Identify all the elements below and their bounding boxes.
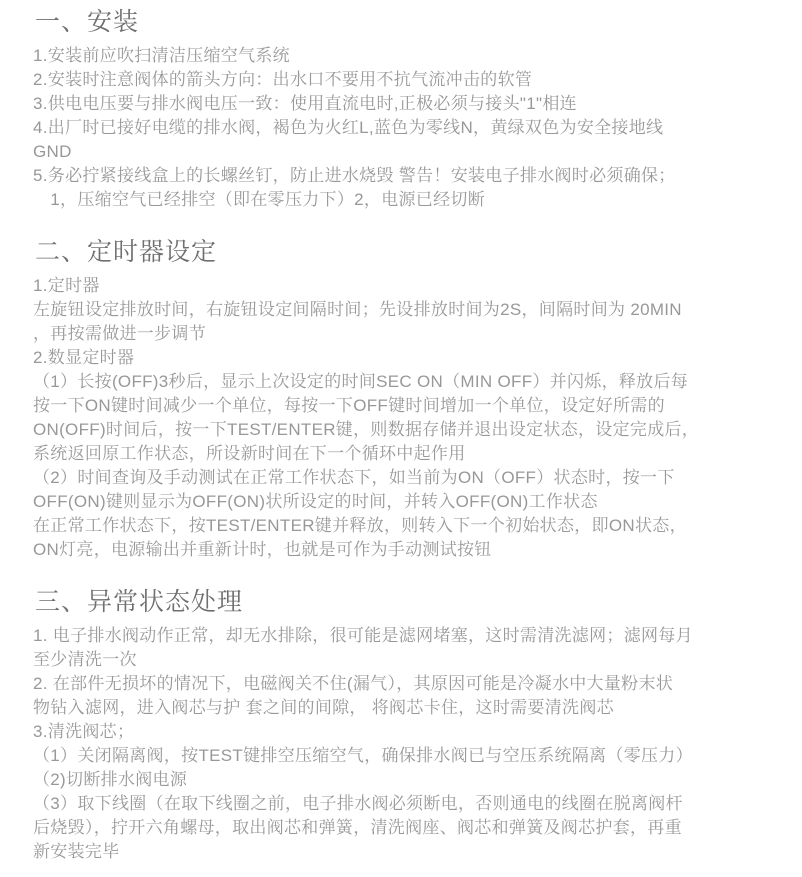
- text-line: 左旋钮设定排放时间，右旋钮设定间隔时间；先设排放时间为2S，间隔时间为 20MI…: [33, 298, 774, 322]
- section-heading: 三、异常状态处理: [35, 588, 774, 616]
- text-line: （1）关闭隔离阀，按TEST键排空压缩空气，确保排水阀已与空压系统隔离（零压力）: [33, 744, 774, 768]
- text-line: 4.出厂时已接好电缆的排水阀，褐色为火红L,蓝色为零线N，黄绿双色为安全接地线: [33, 116, 774, 140]
- text-line: 1.安装前应吹扫清洁压缩空气系统: [33, 44, 774, 68]
- section-heading: 二、定时器设定: [35, 238, 774, 266]
- text-line: 按一下ON键时间减少一个单位，每按一下OFF键时间增加一个单位，设定好所需的: [33, 394, 774, 418]
- text-line: GND: [33, 140, 774, 164]
- text-line: （2)切断排水阀电源: [33, 768, 774, 792]
- text-line: 2. 在部件无损坏的情况下，电磁阀关不住(漏气），其原因可能是冷凝水中大量粉末状: [33, 672, 774, 696]
- text-line: 1.定时器: [33, 274, 774, 298]
- section-timer-settings: 二、定时器设定 1.定时器 左旋钮设定排放时间，右旋钮设定间隔时间；先设排放时间…: [33, 238, 774, 562]
- section-abnormal-handling: 三、异常状态处理 1. 电子排水阀动作正常，却无水排除，很可能是滤网堵塞，这时需…: [33, 588, 774, 864]
- text-line: 至少清洗一次: [33, 648, 774, 672]
- text-line: ON(OFF)时间后，按一下TEST/ENTER键，则数据存储并退出设定状态，设…: [33, 418, 774, 442]
- text-line: OFF(ON)键则显示为OFF(ON)状所设定的时间，并转入OFF(ON)工作状…: [33, 490, 774, 514]
- text-line: 3.清洗阀芯；: [33, 720, 774, 744]
- text-line: ON灯亮，电源输出并重新计时，也就是可作为手动测试按钮: [33, 538, 774, 562]
- section-heading: 一、安装: [35, 8, 774, 36]
- text-line: （1）长按(OFF)3秒后，显示上次设定的时间SEC ON（MIN OFF）并闪…: [33, 370, 774, 394]
- text-line: 物钻入滤网，进入阀芯与护 套之间的间隙， 将阀芯卡住，这时需要清洗阀芯: [33, 696, 774, 720]
- text-line: 5.务必拧紧接线盒上的长螺丝钉，防止进水烧毁 警告！安装电子排水阀时必须确保；: [33, 164, 774, 188]
- text-line: （2）时间查询及手动测试在正常工作状态下，如当前为ON（OFF）状态时，按一下: [33, 466, 774, 490]
- text-line: 系统返回原工作状态，所设新时间在下一个循环中起作用: [33, 442, 774, 466]
- manual-document: 一、安装 1.安装前应吹扫清洁压缩空气系统 2.安装时注意阀体的箭头方向：出水口…: [0, 0, 802, 864]
- section-installation: 一、安装 1.安装前应吹扫清洁压缩空气系统 2.安装时注意阀体的箭头方向：出水口…: [33, 8, 774, 212]
- text-line: 在正常工作状态下，按TEST/ENTER键并释放，则转入下一个初始状态，即ON状…: [33, 514, 774, 538]
- text-line: ，再按需做进一步调节: [33, 322, 774, 346]
- text-line: 1. 电子排水阀动作正常，却无水排除，很可能是滤网堵塞，这时需清洗滤网；滤网每月: [33, 624, 774, 648]
- text-line: 1，压缩空气已经排空（即在零压力下）2，电源已经切断: [33, 188, 774, 212]
- text-line: 新安装完毕: [33, 840, 774, 864]
- text-line: 3.供电电压要与排水阀电压一致：使用直流电时,正极必须与接头"1"相连: [33, 92, 774, 116]
- text-line: 后烧毁），拧开六角螺母，取出阀芯和弹簧，清洗阀座、阀芯和弹簧及阀芯护套，再重: [33, 816, 774, 840]
- text-line: 2.安装时注意阀体的箭头方向：出水口不要用不抗气流冲击的软管: [33, 68, 774, 92]
- text-line: 2.数显定时器: [33, 346, 774, 370]
- text-line: （3）取下线圈（在取下线圈之前，电子排水阀必须断电，否则通电的线圈在脱离阀杆: [33, 792, 774, 816]
